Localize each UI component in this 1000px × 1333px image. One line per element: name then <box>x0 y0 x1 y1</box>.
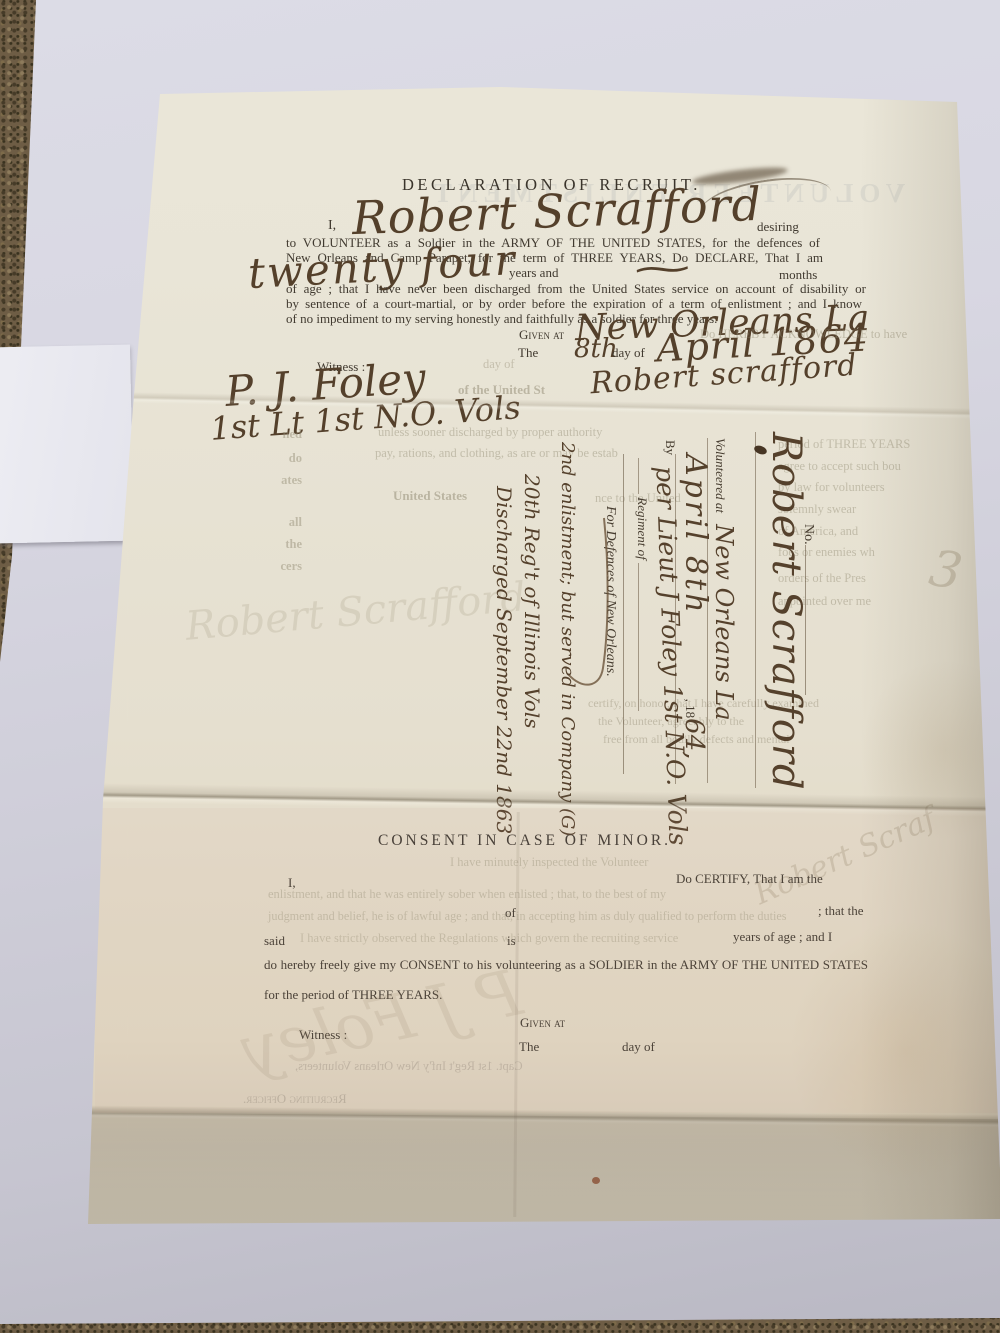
small-white-paper-under-document <box>0 345 134 544</box>
photo-of-document-on-table: VOLUNTEER ENLISTMENT DECLARATION OF RECR… <box>0 0 1000 1333</box>
